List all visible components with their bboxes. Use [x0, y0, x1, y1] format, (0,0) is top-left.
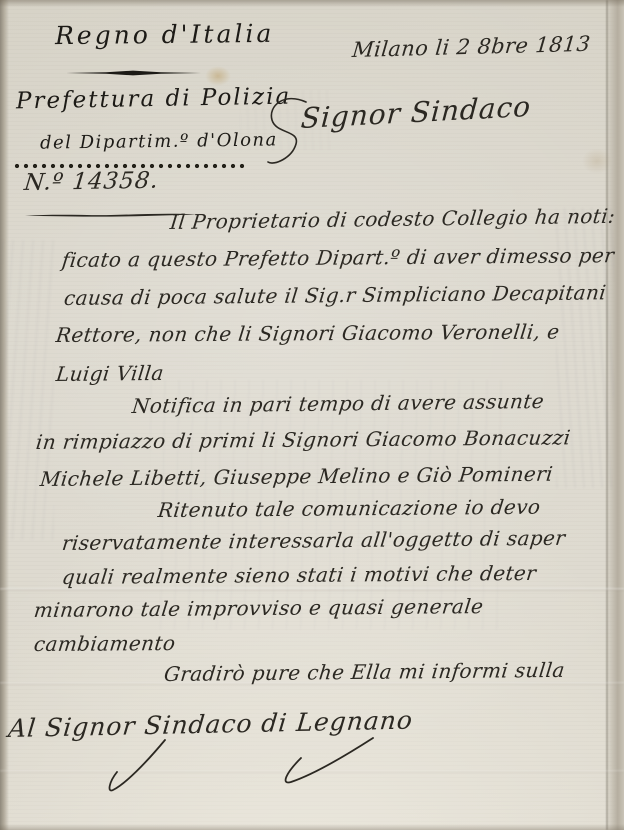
letterhead-kingdom: Regno d'Italia	[55, 19, 275, 50]
body-line: Luigi Villa	[56, 361, 164, 386]
salutation: Signor Sindaco	[300, 90, 532, 135]
protocol-number: N.º 14358.	[24, 168, 159, 196]
letter-page: Regno d'Italia Prefettura di Polizia del…	[0, 0, 624, 830]
body-line: cambiamento	[34, 631, 176, 656]
body-line: Il Proprietario di codesto Collegio ha n…	[170, 204, 615, 234]
page-edge-top	[0, 0, 624, 7]
body-line: quali realmente sieno stati i motivi che…	[62, 561, 536, 589]
body-line: minarono tale improvviso e quasi general…	[34, 594, 484, 622]
paper-stain	[582, 148, 612, 174]
letterhead-rule	[66, 69, 201, 77]
body-line: ficato a questo Prefetto Dipart.º di ave…	[62, 243, 614, 272]
letterhead-office-line2: del Dipartim.º d'Olona	[40, 129, 278, 153]
footer-flourish-icon	[95, 738, 375, 794]
bleed-through	[2, 240, 54, 540]
body-line: causa di poca salute il Sig.r Simplician…	[64, 280, 606, 310]
body-line: Ritenuto tale comunicazione io devo	[158, 495, 541, 522]
page-edge-bottom	[0, 824, 624, 830]
ink-stain	[205, 66, 231, 86]
body-line: Notifica in pari tempo di avere assunte	[132, 389, 544, 418]
body-line: in rimpiazzo di primi li Signori Giacomo…	[36, 425, 571, 454]
dateline: Milano li 2 8bre 1813	[352, 32, 591, 62]
letterhead-office-line1: Prefettura di Polizia	[16, 84, 292, 115]
body-line: Rettore, non che li Signori Giacomo Vero…	[56, 319, 560, 347]
body-line: Gradirò pure che Ella mi informi sulla	[164, 658, 565, 686]
